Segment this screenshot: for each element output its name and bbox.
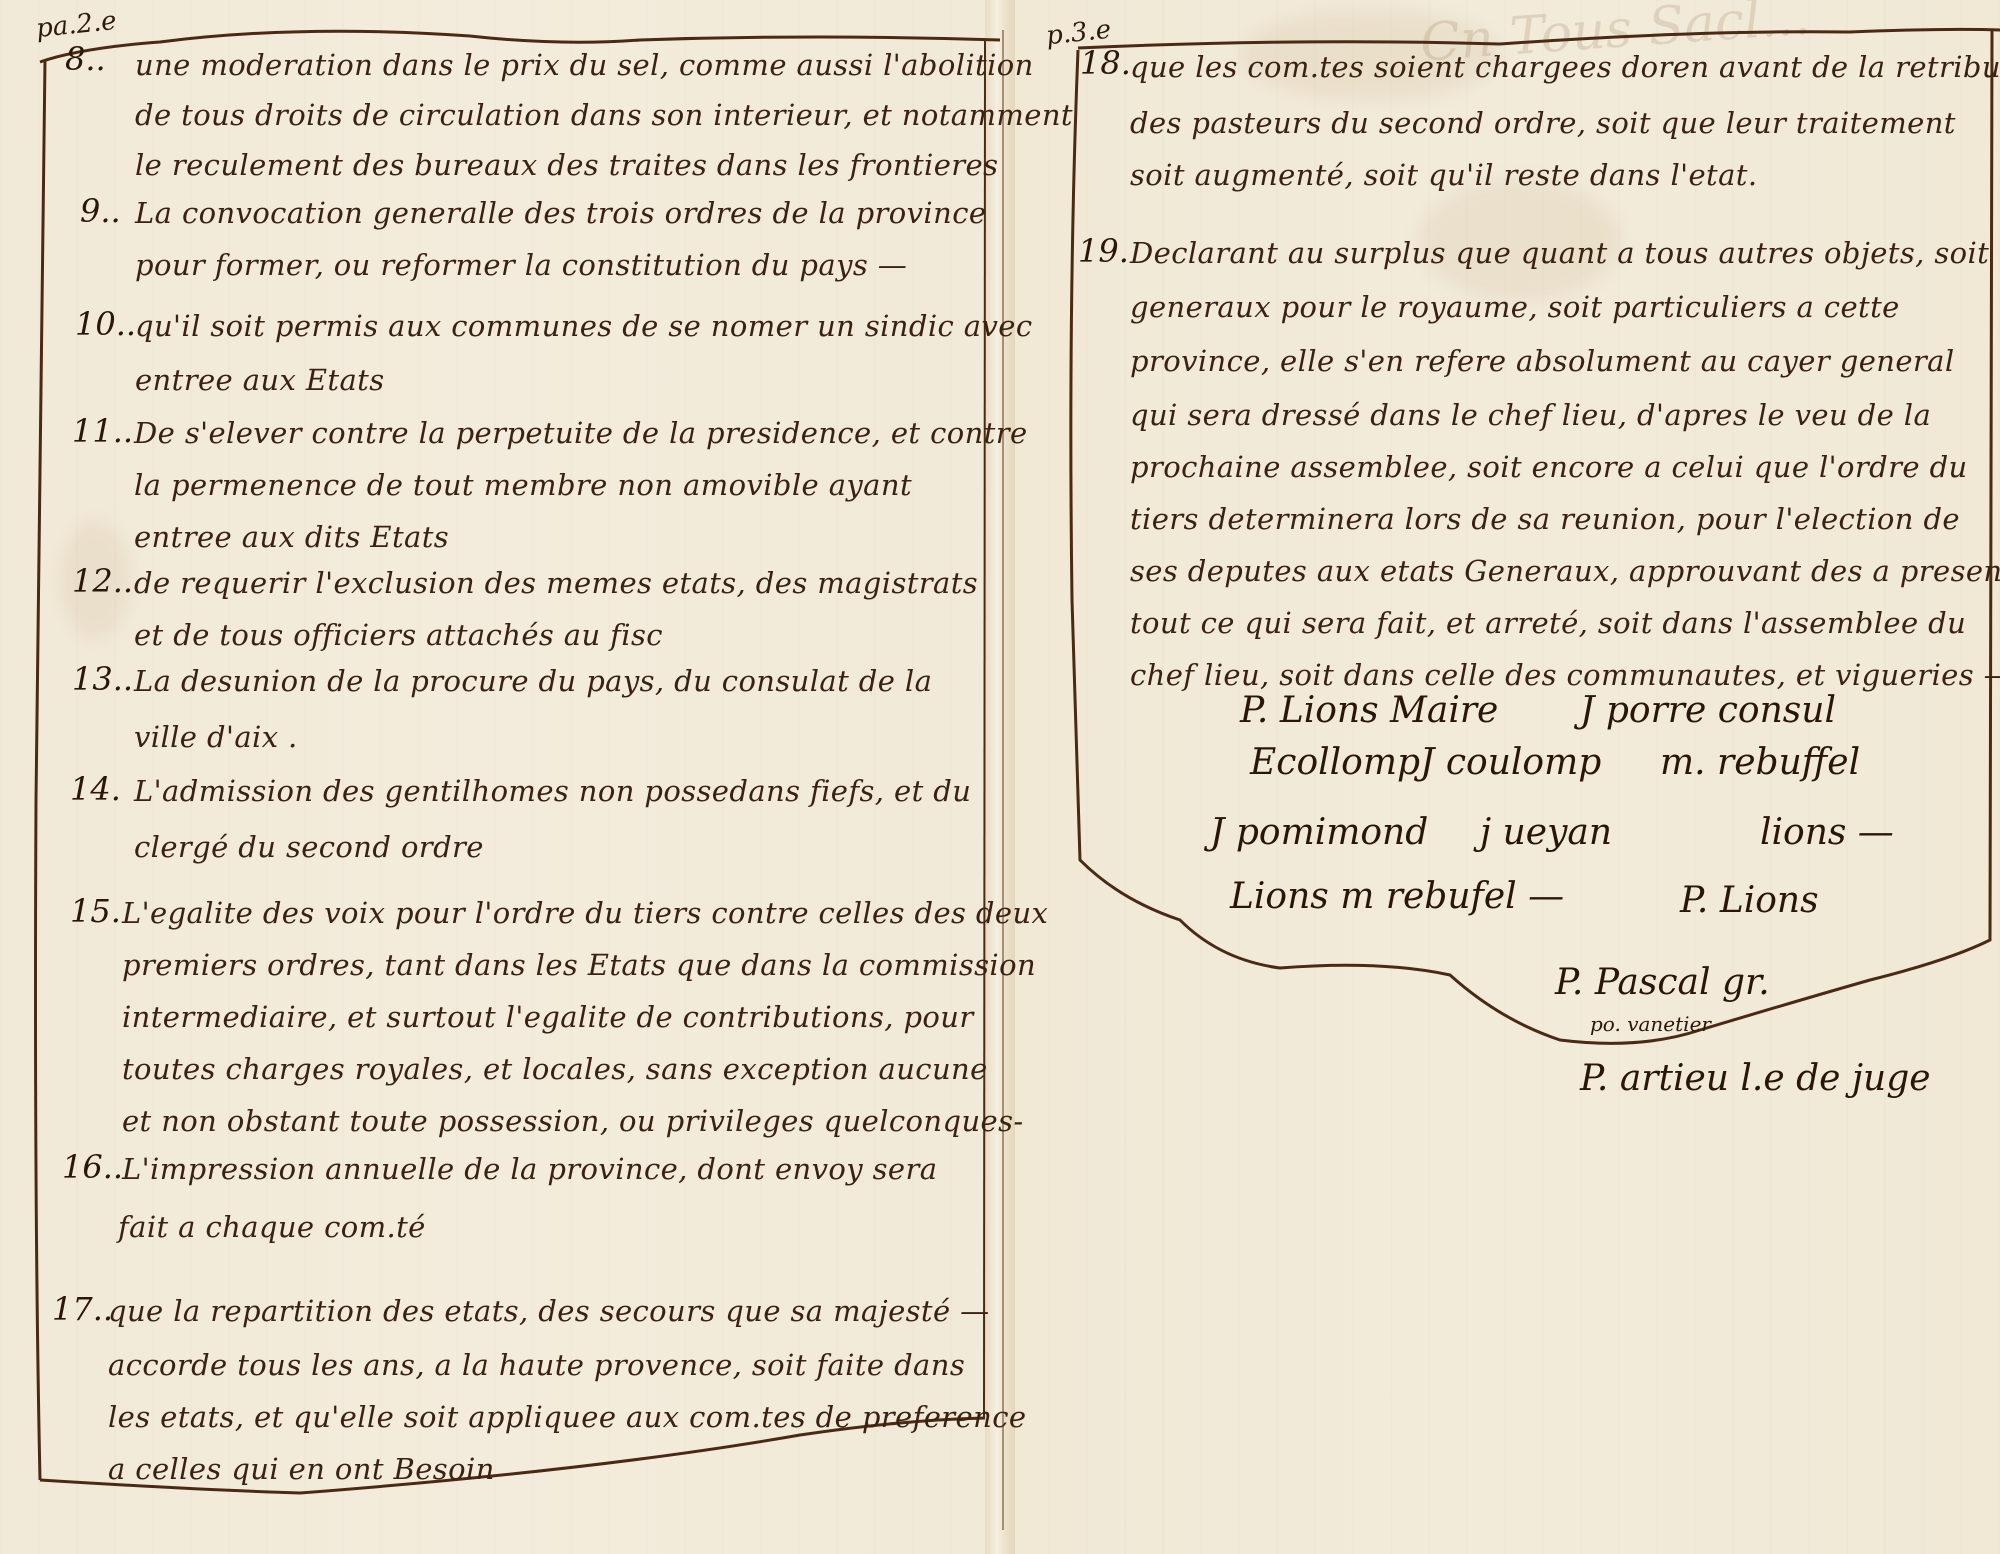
text-line: ville d'aix . bbox=[134, 720, 298, 754]
text-line: une moderation dans le prix du sel, comm… bbox=[135, 48, 1034, 82]
text-line: pour former, ou reformer la constitution… bbox=[135, 248, 907, 282]
article-number: 11.. bbox=[72, 412, 133, 450]
text-line: entree aux dits Etats bbox=[134, 520, 449, 554]
signature-note: po. vanetier bbox=[1590, 1012, 1711, 1036]
text-line: L'impression annuelle de la province, do… bbox=[122, 1152, 937, 1186]
text-line: L'admission des gentilhomes non possedan… bbox=[134, 774, 971, 808]
text-line: le reculement des bureaux des traites da… bbox=[135, 148, 998, 182]
text-line: la permenence de tout membre non amovibl… bbox=[134, 468, 912, 502]
article-number: 8.. bbox=[65, 40, 106, 78]
signature: Ecollomp bbox=[1250, 742, 1420, 783]
text-line: ses deputes aux etats Generaux, approuva… bbox=[1130, 554, 2000, 588]
text-line: de tous droits de circulation dans son i… bbox=[135, 98, 1073, 132]
article-number: 12.. bbox=[72, 562, 133, 600]
text-line: clergé du second ordre bbox=[134, 830, 484, 864]
text-line: accorde tous les ans, a la haute provenc… bbox=[108, 1348, 965, 1382]
text-line: La convocation generalle des trois ordre… bbox=[135, 196, 986, 230]
text-line: Declarant au surplus que quant a tous au… bbox=[1130, 236, 1989, 270]
text-line: entree aux Etats bbox=[135, 363, 385, 397]
signature: J porre consul bbox=[1580, 690, 1836, 731]
article-number: 16.. bbox=[62, 1148, 123, 1186]
text-line: soit augmenté, soit qu'il reste dans l'e… bbox=[1130, 158, 1757, 192]
manuscript-spread: Cn Tous Sacl... pa.2.e p.3.e 8.. une mod… bbox=[0, 0, 2000, 1554]
text-line: de requerir l'exclusion des memes etats,… bbox=[134, 566, 978, 600]
article-number: 18. bbox=[1080, 44, 1131, 82]
text-line: tout ce qui sera fait, et arreté, soit d… bbox=[1130, 606, 1966, 640]
signature: P. artieu l.e de juge bbox=[1580, 1058, 1931, 1099]
article-number: 13.. bbox=[72, 660, 133, 698]
text-line: qui sera dressé dans le chef lieu, d'apr… bbox=[1130, 398, 1931, 432]
text-line: intermediaire, et surtout l'egalite de c… bbox=[122, 1000, 974, 1034]
text-line: province, elle s'en refere absolument au… bbox=[1130, 344, 1955, 378]
text-line: prochaine assemblee, soit encore a celui… bbox=[1130, 450, 1968, 484]
text-line: les etats, et qu'elle soit appliquee aux… bbox=[108, 1400, 1026, 1434]
article-number: 14. bbox=[70, 770, 121, 808]
text-line: que les com.tes soient chargees doren av… bbox=[1130, 50, 2000, 84]
text-line: chef lieu, soit dans celle des communaut… bbox=[1130, 658, 2000, 692]
signature: lions — bbox=[1760, 812, 1894, 853]
text-line: toutes charges royales, et locales, sans… bbox=[122, 1052, 988, 1086]
article-number: 19. bbox=[1078, 232, 1129, 270]
text-line: et de tous officiers attachés au fisc bbox=[134, 618, 663, 652]
text-line: La desunion de la procure du pays, du co… bbox=[134, 664, 932, 698]
article-number: 17.. bbox=[52, 1290, 113, 1328]
fold-line bbox=[1002, 30, 1004, 1530]
signature: P. Lions Maire bbox=[1240, 690, 1498, 731]
text-line: fait a chaque com.té bbox=[118, 1210, 426, 1244]
text-line: De s'elever contre la perpetuite de la p… bbox=[134, 416, 1028, 450]
text-line: tiers determinera lors de sa reunion, po… bbox=[1130, 502, 1960, 536]
article-number: 10.. bbox=[75, 305, 136, 343]
signature: j ueyan bbox=[1480, 812, 1612, 853]
text-line: qu'il soit permis aux communes de se nom… bbox=[135, 309, 1032, 343]
signature: m. rebuffel bbox=[1660, 742, 1860, 783]
text-line: premiers ordres, tant dans les Etats que… bbox=[122, 948, 1036, 982]
text-line: que la repartition des etats, des secour… bbox=[108, 1294, 990, 1328]
text-line: generaux pour le royaume, soit particuli… bbox=[1130, 290, 1900, 324]
text-line: L'egalite des voix pour l'ordre du tiers… bbox=[122, 896, 1048, 930]
text-line: des pasteurs du second ordre, soit que l… bbox=[1130, 106, 1956, 140]
signature: J pomimond bbox=[1210, 812, 1428, 853]
signature: P. Pascal gr. bbox=[1555, 962, 1770, 1003]
signature: Lions m rebufel — bbox=[1230, 876, 1564, 917]
article-number: 9.. bbox=[80, 192, 121, 230]
text-line: a celles qui en ont Besoin bbox=[108, 1452, 495, 1486]
signature: J coulomp bbox=[1420, 742, 1601, 783]
article-number: 15. bbox=[70, 892, 121, 930]
signature: P. Lions bbox=[1680, 880, 1819, 921]
text-line: et non obstant toute possession, ou priv… bbox=[122, 1104, 1024, 1138]
